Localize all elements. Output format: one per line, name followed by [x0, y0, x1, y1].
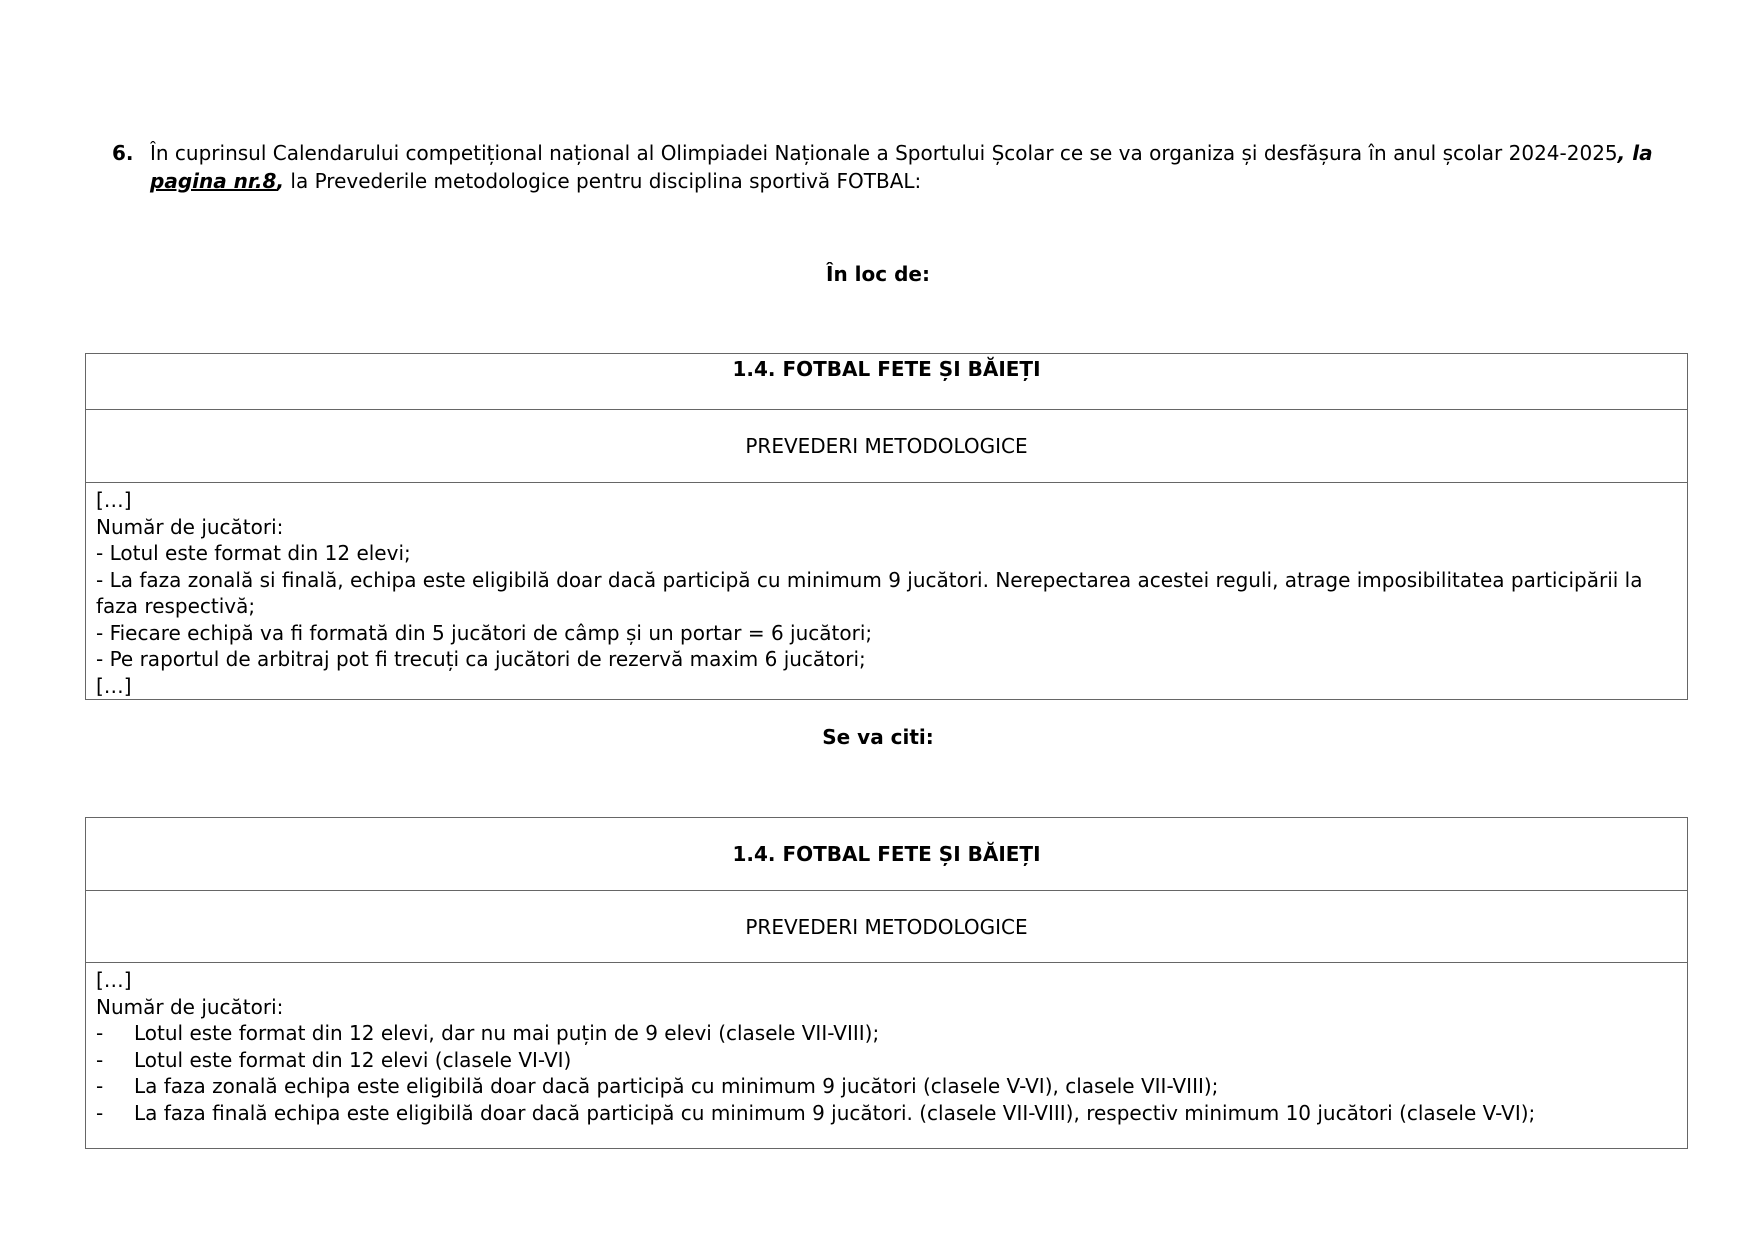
intro-text-before: În cuprinsul Calendarului competițional … [150, 141, 1618, 165]
old-line: […] [96, 487, 1677, 514]
old-table-body: […]Număr de jucători:- Lotul este format… [86, 483, 1688, 700]
new-bullet-list: -Lotul este format din 12 elevi, dar nu … [96, 1020, 1677, 1126]
old-section-caption: În loc de: [0, 262, 1756, 286]
old-line: - Fiecare echipă va fi formată din 5 juc… [96, 620, 1677, 647]
new-head-lines: […]Număr de jucători: [96, 967, 1677, 1020]
bullet-dash: - [96, 1073, 134, 1100]
old-table-title: 1.4. FOTBAL FETE ȘI BĂIEȚI [86, 354, 1688, 410]
bullet-dash: - [96, 1047, 134, 1074]
new-head-line: […] [96, 967, 1677, 994]
old-line: - La faza zonală si finală, echipa este … [96, 567, 1677, 620]
bullet-text: La faza zonală echipa este eligibilă doa… [134, 1073, 1218, 1100]
old-line: - Lotul este format din 12 elevi; [96, 540, 1677, 567]
old-line: […] [96, 673, 1677, 700]
bullet-dash: - [96, 1100, 134, 1127]
page-reference: pagina nr.8 [150, 169, 276, 193]
item-number: 6. [112, 139, 134, 167]
bullet-item: -Lotul este format din 12 elevi, dar nu … [96, 1020, 1677, 1047]
intro-paragraph: 6. În cuprinsul Calendarului competițion… [112, 139, 1692, 195]
intro-text: În cuprinsul Calendarului competițional … [150, 139, 1692, 195]
bullet-item: -La faza zonală echipa este eligibilă do… [96, 1073, 1677, 1100]
bullet-text: Lotul este format din 12 elevi (clasele … [134, 1047, 571, 1074]
new-table-title: 1.4. FOTBAL FETE ȘI BĂIEȚI [86, 818, 1688, 891]
old-provisions-table: 1.4. FOTBAL FETE ȘI BĂIEȚI PREVEDERI MET… [85, 353, 1688, 700]
bullet-item: -La faza finală echipa este eligibilă do… [96, 1100, 1677, 1127]
intro-comma-2: , [276, 169, 284, 193]
bullet-dash: - [96, 1020, 134, 1047]
bullet-text: Lotul este format din 12 elevi, dar nu m… [134, 1020, 879, 1047]
old-lines-list: […]Număr de jucători:- Lotul este format… [96, 487, 1677, 699]
intro-text-after: la Prevederile metodologice pentru disci… [284, 169, 921, 193]
new-provisions-table: 1.4. FOTBAL FETE ȘI BĂIEȚI PREVEDERI MET… [85, 817, 1688, 1149]
old-line: Număr de jucători: [96, 514, 1677, 541]
intro-comma: , [1618, 141, 1633, 165]
old-table-subtitle: PREVEDERI METODOLOGICE [86, 410, 1688, 483]
new-table-subtitle: PREVEDERI METODOLOGICE [86, 891, 1688, 963]
new-section-caption: Se va citi: [0, 725, 1756, 749]
bullet-text: La faza finală echipa este eligibilă doa… [134, 1100, 1535, 1127]
page-reference-prefix: la [1632, 141, 1652, 165]
bullet-item: -Lotul este format din 12 elevi (clasele… [96, 1047, 1677, 1074]
old-line: - Pe raportul de arbitraj pot fi trecuți… [96, 646, 1677, 673]
new-table-body: […]Număr de jucători: -Lotul este format… [86, 963, 1688, 1149]
new-head-line: Număr de jucători: [96, 994, 1677, 1021]
